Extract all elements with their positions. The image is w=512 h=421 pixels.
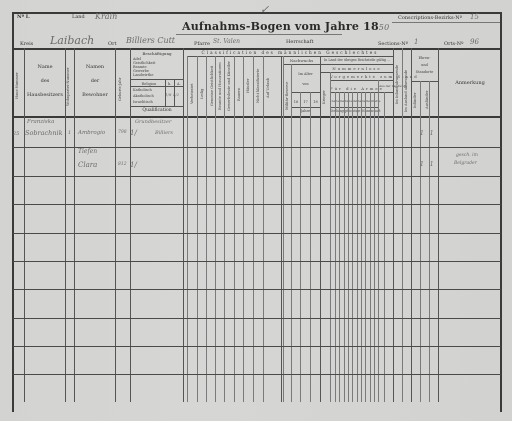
nachwuchs-divider bbox=[283, 64, 320, 65]
row-divider bbox=[13, 261, 501, 262]
class-col-3: Beamte und Honoratioren bbox=[218, 60, 222, 112]
grid-vline bbox=[197, 56, 198, 402]
row2-bewohner-line1: Tiefen bbox=[78, 148, 97, 155]
col-hausbesitzer-line1: Name bbox=[25, 64, 65, 70]
land-value: Krain bbox=[95, 12, 117, 21]
religion-hdiv bbox=[131, 86, 183, 87]
grid-vline bbox=[253, 56, 254, 402]
vorgemerkt-label: Vorgemerkte zum Stand bbox=[330, 74, 393, 79]
title-underline bbox=[176, 34, 342, 35]
land-label: Land bbox=[72, 14, 85, 20]
grid-vline bbox=[283, 56, 284, 402]
wohnort-sub-inlaender: Inländer bbox=[413, 88, 417, 112]
row2-bewohner-line2: Clara bbox=[78, 161, 97, 169]
grid-vline bbox=[74, 48, 75, 402]
an-land-divider bbox=[321, 64, 393, 65]
row1-wohnpartei: 1 bbox=[68, 130, 71, 136]
row2-geburts-jahr: 812 bbox=[118, 162, 127, 167]
religion-row-0: Katholisch bbox=[133, 88, 152, 92]
wohnort-divider bbox=[411, 81, 438, 82]
col-geburts-jahr: Geburts-Jahr bbox=[118, 74, 122, 104]
nummernlose-divider bbox=[321, 72, 393, 73]
row1-hausbesitzer-line1: Franziska bbox=[27, 119, 54, 125]
row-divider bbox=[13, 204, 501, 205]
row1-hausbesitzer-line2: Sobrachnik bbox=[25, 129, 63, 137]
grid-vline bbox=[115, 48, 116, 402]
row-divider bbox=[13, 318, 501, 319]
row1-status-mark: 1/ bbox=[130, 129, 137, 137]
grid-vline bbox=[411, 48, 412, 402]
religion-vdiv2 bbox=[174, 80, 175, 106]
class-col-1: Ledig bbox=[200, 74, 204, 114]
row1-geburts-jahr: 798 bbox=[118, 130, 127, 135]
nummernlose-label: Nummernlose bbox=[321, 66, 393, 71]
class-col-5: Bauern bbox=[237, 74, 241, 114]
title-year: 50 bbox=[379, 23, 390, 32]
sections-label: Sections-Nº bbox=[378, 41, 408, 47]
grid-vline bbox=[234, 56, 235, 402]
aus-der-landwehr: Aus der Landwehr bbox=[379, 84, 393, 88]
form-number: Nº I. bbox=[17, 14, 30, 20]
grid-border-vline bbox=[500, 12, 502, 402]
census-sheet: Nº I. Land Krain Aufnahms-Bogen vom Jahr… bbox=[0, 0, 512, 421]
row1-haus-nummer: 25 bbox=[13, 131, 19, 137]
kreis-value: Laibach bbox=[50, 34, 94, 47]
grid-vline bbox=[65, 48, 66, 402]
religion-vdiv1 bbox=[165, 80, 166, 106]
jahre-bottom-divider bbox=[291, 107, 320, 108]
row1-tally: 1 1 bbox=[420, 130, 436, 137]
jahre-col-18: 18 bbox=[311, 100, 320, 104]
pfarre-value: St. Valen bbox=[213, 38, 240, 45]
grid-vline bbox=[215, 56, 216, 402]
qualification-divider bbox=[131, 106, 183, 107]
title-text: Aufnahms-Bogen vom Jahre 18 bbox=[182, 20, 379, 33]
militaer-reserve: Militär-Reserve bbox=[285, 80, 289, 112]
wohnort-line3: Standorte bbox=[411, 70, 438, 74]
fuer-die-armee-label: Für die Armee bbox=[330, 86, 378, 91]
grid-vline bbox=[206, 56, 207, 402]
row2-anmerkung-line2: Belgrader bbox=[454, 161, 477, 166]
ort-value: Billiers Cutt bbox=[126, 36, 175, 45]
krieger-vertical: Krieger bbox=[322, 82, 326, 112]
religion-row-1: Akatholisch bbox=[133, 94, 154, 98]
row2-tally: 1 1 bbox=[420, 161, 436, 168]
row-divider bbox=[13, 289, 501, 290]
sections-value: 1 bbox=[414, 38, 418, 46]
col-abwesende-ausland: Im Ausland abwesende bbox=[404, 72, 408, 112]
row1-qualification-line2: Billiers bbox=[155, 130, 173, 136]
table-row[interactable]: 25 Franziska Sobrachnik 1 Ambrogio 798 1… bbox=[13, 117, 502, 146]
col-haus-nummer: Haus-Nummer bbox=[15, 66, 19, 106]
grid-vline bbox=[183, 48, 184, 402]
grid-vline bbox=[320, 56, 321, 402]
wohnort-line1: Ehren- bbox=[411, 56, 438, 60]
col-hausbesitzer-line2: des bbox=[25, 78, 65, 84]
grid-vline bbox=[224, 56, 225, 402]
besch-row-4: Landwirthe bbox=[133, 73, 153, 77]
ort-label: Ort bbox=[108, 41, 117, 47]
grid-vline bbox=[24, 48, 25, 402]
religion-row-2: Israelitisch bbox=[133, 100, 153, 104]
row-divider bbox=[13, 233, 501, 234]
grid-vline bbox=[393, 48, 394, 402]
col-bewohner-line1: Namen bbox=[75, 64, 115, 70]
religion-value: 1/8 1/2 bbox=[165, 92, 179, 97]
grid-vline bbox=[130, 48, 131, 402]
row-divider bbox=[13, 176, 501, 177]
grid-vline bbox=[187, 56, 188, 402]
conscriptions-underline bbox=[392, 22, 500, 23]
grid-vline bbox=[438, 48, 439, 402]
jahre-col-16: 16 bbox=[292, 100, 300, 104]
class-col-6: Häusler bbox=[246, 60, 250, 112]
table-row[interactable]: Tiefen Clara 812 1/ 1 1 gesch. im Belgra… bbox=[13, 147, 502, 175]
kreis-label: Kreis bbox=[20, 41, 33, 47]
grid-vline bbox=[402, 48, 403, 402]
classification-title: Classification des männlichen Geschlecht… bbox=[187, 50, 393, 55]
conscriptions-value: 15 bbox=[470, 13, 479, 21]
conscriptions-label: Conscriptions-Bezirks-Nº bbox=[398, 15, 462, 21]
col-beschaeftigung: Beschäftigung bbox=[131, 51, 183, 56]
col-bewohner-line3: Bewohner bbox=[75, 92, 115, 98]
check-mark: ✓ bbox=[260, 3, 269, 16]
page-title: Aufnahms-Bogen vom Jahre 1850 bbox=[182, 20, 389, 33]
jahre-col-17: 17 bbox=[301, 100, 310, 104]
jahre-top-divider bbox=[291, 92, 320, 93]
im-alter-line2: von bbox=[291, 82, 320, 86]
col-anmerkung: Anmerkung bbox=[439, 80, 501, 86]
wohnort-line2: und bbox=[411, 63, 438, 67]
orts-value: 96 bbox=[470, 38, 479, 46]
im-alter-line1: Im Alter bbox=[291, 72, 320, 76]
col-wohnpartei: Wohnpartei-Nummer bbox=[66, 70, 70, 106]
col-qualification: Qualification bbox=[131, 108, 183, 113]
besch-divider bbox=[131, 79, 183, 80]
class-col-8: Auf Urlaub bbox=[266, 64, 270, 112]
col-bewohner-line2: der bbox=[75, 78, 115, 84]
row2-status-mark: 1/ bbox=[130, 161, 137, 169]
orts-label: Orts-Nº bbox=[444, 41, 463, 47]
classification-divider bbox=[187, 56, 393, 57]
nachwuchs-label: Nachwuchs bbox=[283, 58, 320, 63]
jahre-label: Jahre bbox=[291, 109, 320, 113]
class-col-4: Gewerbsleute und Künstler bbox=[227, 60, 231, 112]
grid-vline bbox=[243, 56, 244, 402]
pfarre-label: Pfarre bbox=[194, 41, 210, 47]
row1-bewohner: Ambrogio bbox=[78, 130, 105, 136]
grid-vline bbox=[263, 56, 264, 402]
grid-vline bbox=[281, 56, 282, 402]
vorgemerkt-divider bbox=[330, 80, 393, 81]
class-col-2: Gemeine Geistlichkeit bbox=[210, 60, 214, 112]
row-divider bbox=[13, 346, 501, 347]
row-divider bbox=[13, 374, 501, 375]
grid-border-vline bbox=[12, 12, 14, 402]
row1-qualification-line1: Grundbesitzer bbox=[135, 119, 171, 125]
col-abwesende-inland: Im Inland abwesende bbox=[395, 56, 399, 112]
col-hausbesitzer-line3: Hausbesitzers bbox=[25, 92, 65, 98]
class-col-0: Verheiratet bbox=[190, 74, 194, 114]
row2-anmerkung-line1: gesch. im bbox=[456, 153, 478, 158]
an-land-note: In Land der übrigen Reichsteile gültig .… bbox=[321, 58, 393, 62]
herrschaft-label: Herrschaft bbox=[286, 39, 314, 45]
class-col-7: Nicht klassifizierte bbox=[256, 60, 260, 112]
